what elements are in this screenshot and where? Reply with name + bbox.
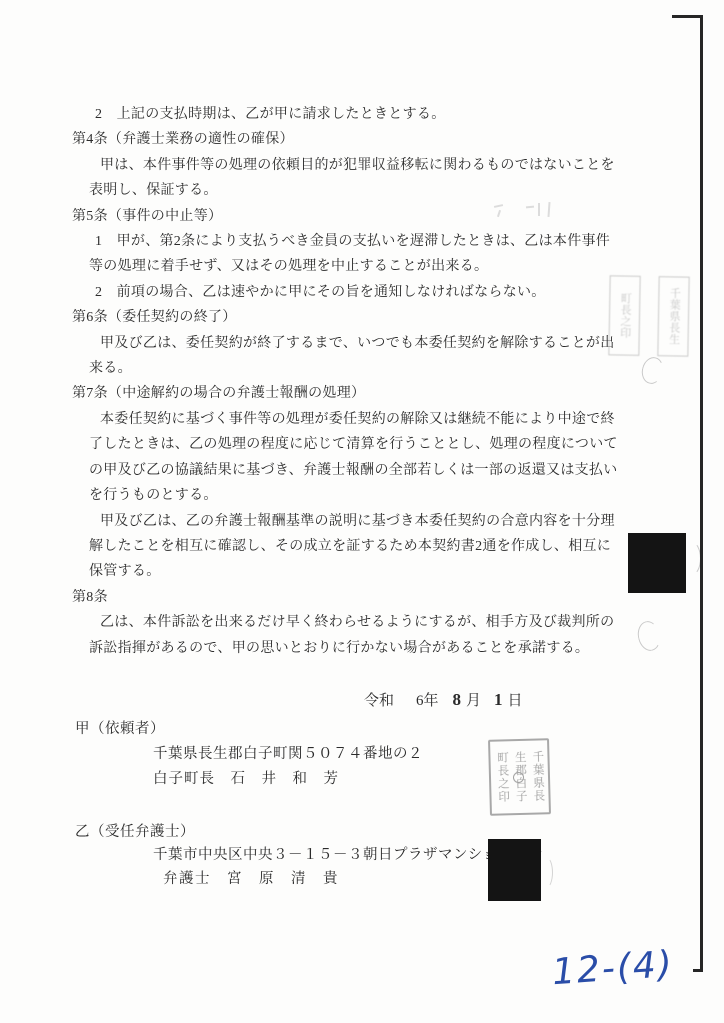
seal-column: 千葉県長生 [668, 288, 680, 346]
contract-line-article-4: 第4条（弁護士業務の適性の確保） [72, 127, 618, 152]
contract-line: 解したことを相互に確認し、その成立を証するため本契約書2通を作成し、相互に [89, 534, 618, 559]
contract-line-article-6: 第6条（委任契約の終了） [72, 305, 618, 330]
ghost-stamp-box: 町長之印 [608, 275, 640, 356]
contract-line: 甲及び乙は、乙の弁護士報酬基準の説明に基づき本委任契約の合意内容を十分理 [100, 509, 618, 534]
contract-line-article-8: 第8条 [72, 585, 618, 610]
era-label: 令和 [364, 693, 394, 709]
contract-line: の甲及び乙の協議結果に基づき、弁護士報酬の全部若しくは一部の返還又は支払い [89, 458, 618, 483]
contract-line: 乙は、本件訴訟を出来るだけ早く終わらせるようにするが、相手方及び裁判所の [100, 610, 618, 635]
seal-column: 町長之印 [495, 751, 508, 803]
contract-text-block: 2 上記の支払時期は、乙が甲に請求したときとする。 第4条（弁護士業務の適性の確… [72, 102, 618, 661]
seal-column: 町長之印 [619, 292, 631, 338]
year-value: 6年 [416, 693, 439, 709]
month-label: 月 [466, 693, 481, 709]
contract-line: 2 前項の場合、乙は速やかに甲にその旨を通知しなければならない。 [95, 280, 618, 305]
stamp-ghost-circle [635, 619, 663, 653]
contract-line: 1 甲が、第2条により支払うべき金員の支払いを遅滞したときは、乙は本件事件 [95, 229, 618, 254]
handwritten-page-number: 12-(4) [551, 944, 675, 993]
contract-line: 了したときは、乙の処理の程度に応じて清算を行うこととし、処理の程度について [89, 432, 618, 457]
party-b-address: 千葉市中央区中央３－１５－３朝日プラザマンション４階 [153, 843, 542, 864]
party-b-name: 弁護士 宮 原 清 貴 [163, 867, 339, 888]
redaction-box [488, 839, 541, 901]
scanned-contract-page: 2 上記の支払時期は、乙が甲に請求したときとする。 第4条（弁護士業務の適性の確… [0, 0, 724, 1023]
day-value: 1 [494, 690, 503, 709]
contract-line: 等の処理に着手せず、又はその処理を中止することが出来る。 [89, 254, 618, 279]
month-value: 8 [453, 690, 462, 709]
contract-line: 保管する。 [89, 559, 618, 584]
contract-line: 本委任契約に基づく事件等の処理が委任契約の解除又は継続不能により中途で終 [100, 407, 618, 432]
ghost-stamp-box: 千葉県長生 [657, 276, 689, 357]
contract-line: 訴訟指揮があるので、甲の思いとおりに行かない場合があることを承諾する。 [89, 636, 618, 661]
contract-line: を行うものとする。 [89, 483, 618, 508]
party-a-address: 千葉県長生郡白子町関５０７４番地の２ [153, 742, 423, 763]
party-a-name: 白子町長 石 井 和 芳 [153, 767, 339, 788]
scan-border-line-vertical [700, 16, 703, 971]
day-label: 日 [508, 693, 523, 709]
scan-border-line-foot [693, 969, 703, 972]
stamp-ghost-arc [540, 857, 553, 888]
contract-line: 表明し、保証する。 [89, 178, 618, 203]
faint-pencil-marks [492, 201, 562, 219]
contract-line: 来る。 [89, 356, 618, 381]
contract-line: 2 上記の支払時期は、乙が甲に請求したときとする。 [95, 102, 618, 127]
stamp-ghost-circle [639, 355, 666, 386]
contract-date-line: 令和6年8月1日 [364, 689, 523, 710]
contract-line: 甲及び乙は、委任契約が終了するまで、いつでも本委任契約を解除することが出 [100, 331, 618, 356]
seal-column: 千葉県長 [531, 750, 544, 802]
edge-ghost-stamp: 千葉県長生 町長之印 [608, 275, 689, 358]
contract-line: 甲は、本件事件等の処理の依頼目的が犯罪収益移転に関わるものではないことを [100, 153, 618, 178]
mayor-seal-stamp: 千葉県長 生郡白子 町長之印 [488, 738, 551, 816]
contract-line-article-7: 第7条（中途解約の場合の弁護士報酬の処理） [72, 381, 618, 406]
party-a-label: 甲（依頼者） [75, 717, 165, 738]
party-b-label: 乙（受任弁護士） [75, 820, 195, 841]
redaction-box [628, 533, 686, 593]
scan-border-line-top [672, 15, 703, 18]
